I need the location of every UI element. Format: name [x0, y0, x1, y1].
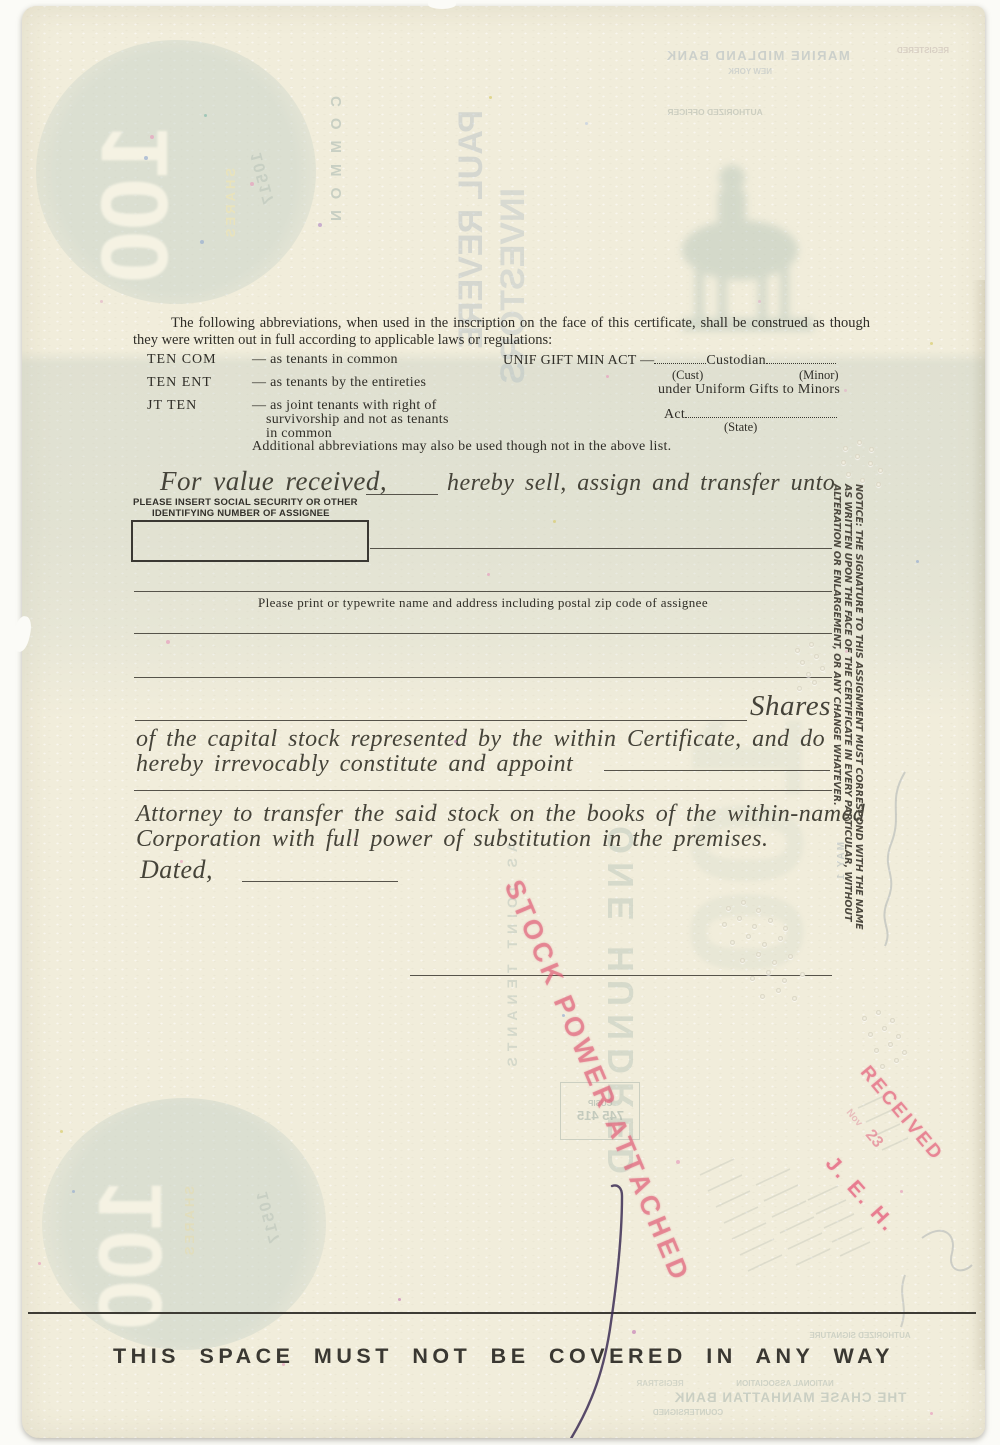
- ghost-company-name-1: PAUL REVERE: [452, 110, 491, 349]
- perforation-hole: [857, 440, 862, 445]
- ssn-entry-box: [131, 520, 369, 562]
- perforation-hole: [814, 654, 819, 659]
- received-stamp-initials: J. E. H.: [820, 1152, 901, 1238]
- dated-blank-line: [242, 881, 398, 882]
- paper-speckle: [676, 1160, 680, 1164]
- perforation-hole: [740, 958, 745, 963]
- perforation-hole: [730, 940, 735, 945]
- blank-line-short: [366, 494, 438, 495]
- ghost-denomination-100: 100: [81, 125, 190, 284]
- paper-speckle: [585, 122, 588, 125]
- perforation-hole: [894, 1058, 899, 1063]
- perforation-hole: [888, 1042, 893, 1047]
- abbreviations-intro: The following abbreviations, when used i…: [133, 315, 870, 348]
- perforation-hole: [846, 472, 851, 477]
- perforation-hole: [737, 916, 742, 921]
- ghost-registrar-word: REGISTRAR: [620, 1379, 700, 1388]
- assignee-line-1: [370, 548, 832, 549]
- ghost-certificate-number: 10517: [248, 150, 279, 207]
- ghost-common-word: COMMON: [328, 96, 345, 232]
- paper-speckle: [100, 300, 103, 303]
- abbr-ten-ent-desc: — as tenants by the entireties: [252, 375, 426, 391]
- paper-speckle: [562, 1014, 565, 1017]
- assignee-line-3: [134, 633, 832, 634]
- shares-blank-line: [135, 720, 747, 721]
- scanned-certificate-back: 100 SHARES 10517 COMMON PAUL REVERE INVE…: [0, 0, 1000, 1445]
- custodian-word: Custodian: [706, 353, 765, 368]
- perforation-hole: [726, 906, 731, 911]
- paper-speckle: [930, 342, 933, 345]
- appoint-blank-line: [604, 770, 830, 771]
- perforation-hole: [876, 482, 881, 487]
- perforation-hole: [756, 952, 761, 957]
- perforation-hole: [874, 1048, 879, 1053]
- dotted-leader: [654, 352, 706, 364]
- bottom-rule: [28, 1312, 976, 1314]
- ghost-joint-tenants: AS JOINT TENANTS: [504, 842, 520, 1073]
- state-caption: (State): [724, 420, 757, 435]
- paper-speckle: [758, 300, 761, 303]
- perforation-hole: [809, 642, 814, 647]
- paper-speckle: [38, 1262, 41, 1265]
- paper-speckle: [900, 1190, 903, 1193]
- perforation-hole: [806, 672, 811, 677]
- paper-speckle: [398, 1298, 401, 1301]
- perforation-hole: [868, 461, 873, 466]
- perforation-hole: [782, 978, 787, 983]
- ghost-shares-word: SHARES: [182, 1186, 197, 1258]
- paper-speckle: [845, 650, 848, 653]
- perforation-hole: [795, 648, 800, 653]
- perforation-hole: [880, 1064, 885, 1069]
- perforation-hole: [882, 1026, 887, 1031]
- perforation-hole: [876, 1010, 881, 1015]
- paper-speckle: [150, 135, 154, 139]
- under-uniform-gifts: under Uniform Gifts to Minors: [658, 382, 840, 398]
- ssn-label-line2: IDENTIFYING NUMBER OF ASSIGNEE: [152, 508, 330, 519]
- perforation-hole: [797, 686, 802, 691]
- paper-speckle: [353, 838, 356, 841]
- perforation-hole: [788, 954, 793, 959]
- paper-speckle: [487, 573, 490, 576]
- ssn-label-line1: PLEASE INSERT SOCIAL SECURITY OR OTHER: [133, 497, 358, 508]
- minor-caption: (Minor): [799, 368, 839, 383]
- received-day: 23: [862, 1126, 886, 1151]
- cust-caption: (Cust): [672, 368, 703, 383]
- capital-stock-line-2: hereby irrevocably constitute and appoin…: [136, 751, 573, 778]
- perforation-hole: [762, 942, 767, 947]
- perforation-hole: [843, 446, 848, 451]
- paper-speckle: [200, 240, 204, 244]
- unif-gift-row: UNIF GIFT MIN ACT —Custodian: [503, 352, 836, 369]
- perforation-hole: [776, 988, 781, 993]
- received-month: Nov: [844, 1107, 865, 1129]
- paper-speckle: [204, 114, 207, 117]
- perforation-hole: [768, 918, 773, 923]
- paper-speckle: [60, 1130, 63, 1133]
- paper-speckle: [166, 640, 170, 644]
- assignee-line-2: [134, 591, 832, 592]
- paper-speckle: [916, 560, 919, 563]
- ghost-certificate-number: 10517: [254, 1189, 285, 1246]
- paper-speckle: [318, 223, 322, 227]
- perforation-hole: [862, 1016, 867, 1021]
- paper-content-clip: 100 SHARES 10517 COMMON PAUL REVERE INVE…: [22, 6, 985, 1438]
- perforation-hole: [746, 934, 751, 939]
- dotted-leader: [685, 406, 837, 418]
- perforation-hole: [760, 994, 765, 999]
- paper-speckle: [606, 375, 609, 378]
- for-value-received-text: For value received,: [160, 466, 387, 497]
- paper-speckle: [250, 182, 254, 186]
- signature-line: [410, 975, 832, 976]
- perforation-hole: [902, 1050, 907, 1055]
- paper-speckle: [489, 96, 492, 99]
- ghost-authorized-officer: AUTHORIZED OFFICER: [640, 107, 790, 117]
- attorney-line-1: Attorney to transfer the said stock on t…: [136, 801, 865, 828]
- act-word: Act: [664, 407, 685, 422]
- ghost-agent-city: NEW YORK: [690, 67, 810, 76]
- perforation-hole: [752, 924, 757, 929]
- perforation-hole: [766, 970, 771, 975]
- attorney-line-2: Corporation with full power of substitut…: [136, 826, 768, 853]
- perforation-hole: [841, 460, 846, 465]
- abbr-ten-ent: TEN ENT: [147, 375, 212, 391]
- ghost-denomination-100: 100: [80, 1180, 183, 1330]
- paper-speckle: [553, 520, 556, 523]
- perforation-hole: [750, 976, 755, 981]
- ghost-shares-word: SHARES: [223, 168, 238, 240]
- perforation-hole: [778, 936, 783, 941]
- perforation-hole: [722, 922, 727, 927]
- sell-assign-transfer-text: hereby sell, assign and transfer unto: [447, 470, 835, 497]
- perforation-hole: [792, 996, 797, 1001]
- ghost-authorized-signature: AUTHORIZED SIGNATURE: [780, 1331, 940, 1340]
- received-stamp-word: RECEIVED: [855, 1062, 947, 1166]
- perforation-hole: [878, 468, 883, 473]
- ghost-registrar-bank: THE CHASE MANHATTAN BANK: [645, 1390, 935, 1405]
- perforation-hole: [812, 680, 817, 685]
- dotted-leader: [766, 352, 836, 364]
- perforation-hole: [868, 1032, 873, 1037]
- paper-speckle: [844, 389, 847, 392]
- paper-speckle: [632, 1330, 636, 1334]
- paper-speckle: [454, 740, 457, 743]
- perforation-hole: [860, 478, 865, 483]
- paper-speckle: [180, 860, 183, 863]
- print-name-caption: Please print or typewrite name and addre…: [134, 595, 832, 611]
- assignee-line-4: [134, 677, 832, 678]
- perforation-hole: [756, 908, 761, 913]
- attorney-top-line: [134, 790, 832, 791]
- ghost-countersigned: COUNTERSIGNED: [628, 1408, 748, 1417]
- unif-gift-label: UNIF GIFT MIN ACT —: [503, 353, 654, 368]
- paper-speckle: [72, 1190, 75, 1193]
- additional-abbreviations-note: Additional abbreviations may also be use…: [252, 439, 671, 455]
- perforation-hole: [783, 926, 788, 931]
- perforation-hole: [890, 1018, 895, 1023]
- capital-stock-line-1: of the capital stock represented by the …: [136, 726, 825, 753]
- received-stamp-date: Nov 23: [842, 1104, 886, 1152]
- perforation-hole: [896, 1034, 901, 1039]
- notice-line-1: NOTICE: THE SIGNATURE TO THIS ASSIGNMENT…: [853, 484, 864, 916]
- perforation-hole: [800, 972, 805, 977]
- abbr-ten-com-desc: — as tenants in common: [252, 352, 398, 368]
- ghost-association: NATIONAL ASSOCIATION: [700, 1379, 870, 1388]
- paper-speckle: [282, 1363, 285, 1366]
- do-not-cover-warning: THIS SPACE MUST NOT BE COVERED IN ANY WA…: [22, 1344, 985, 1369]
- paper-edge-nick: [428, 0, 456, 9]
- paper-speckle: [144, 156, 148, 160]
- perforation-hole: [869, 447, 874, 452]
- abbr-ten-com: TEN COM: [147, 352, 217, 368]
- abbr-jt-ten: JT TEN: [147, 398, 197, 414]
- signature-notice: NOTICE: THE SIGNATURE TO THIS ASSIGNMENT…: [831, 484, 864, 916]
- ghost-seal-top-left: 100 SHARES 10517: [36, 40, 316, 304]
- ghost-transfer-agent: MARINE MIDLAND BANK: [640, 48, 875, 63]
- shares-word: Shares: [750, 690, 831, 723]
- notice-line-3: ALTERATION OR ENLARGEMENT, OR ANY CHANGE…: [831, 484, 842, 916]
- perforation-hole: [741, 900, 746, 905]
- paper-speckle: [930, 1412, 933, 1415]
- ghost-registered-word: REGISTERED: [878, 46, 968, 55]
- perforation-hole: [855, 454, 860, 459]
- paper-edge-shade: [972, 280, 985, 1370]
- perforation-hole: [820, 666, 825, 671]
- perforation-hole: [800, 660, 805, 665]
- dated-label: Dated,: [140, 855, 213, 885]
- notice-line-2: AS WRITTEN UPON THE FACE OF THE CERTIFIC…: [842, 484, 853, 916]
- perforation-hole: [772, 960, 777, 965]
